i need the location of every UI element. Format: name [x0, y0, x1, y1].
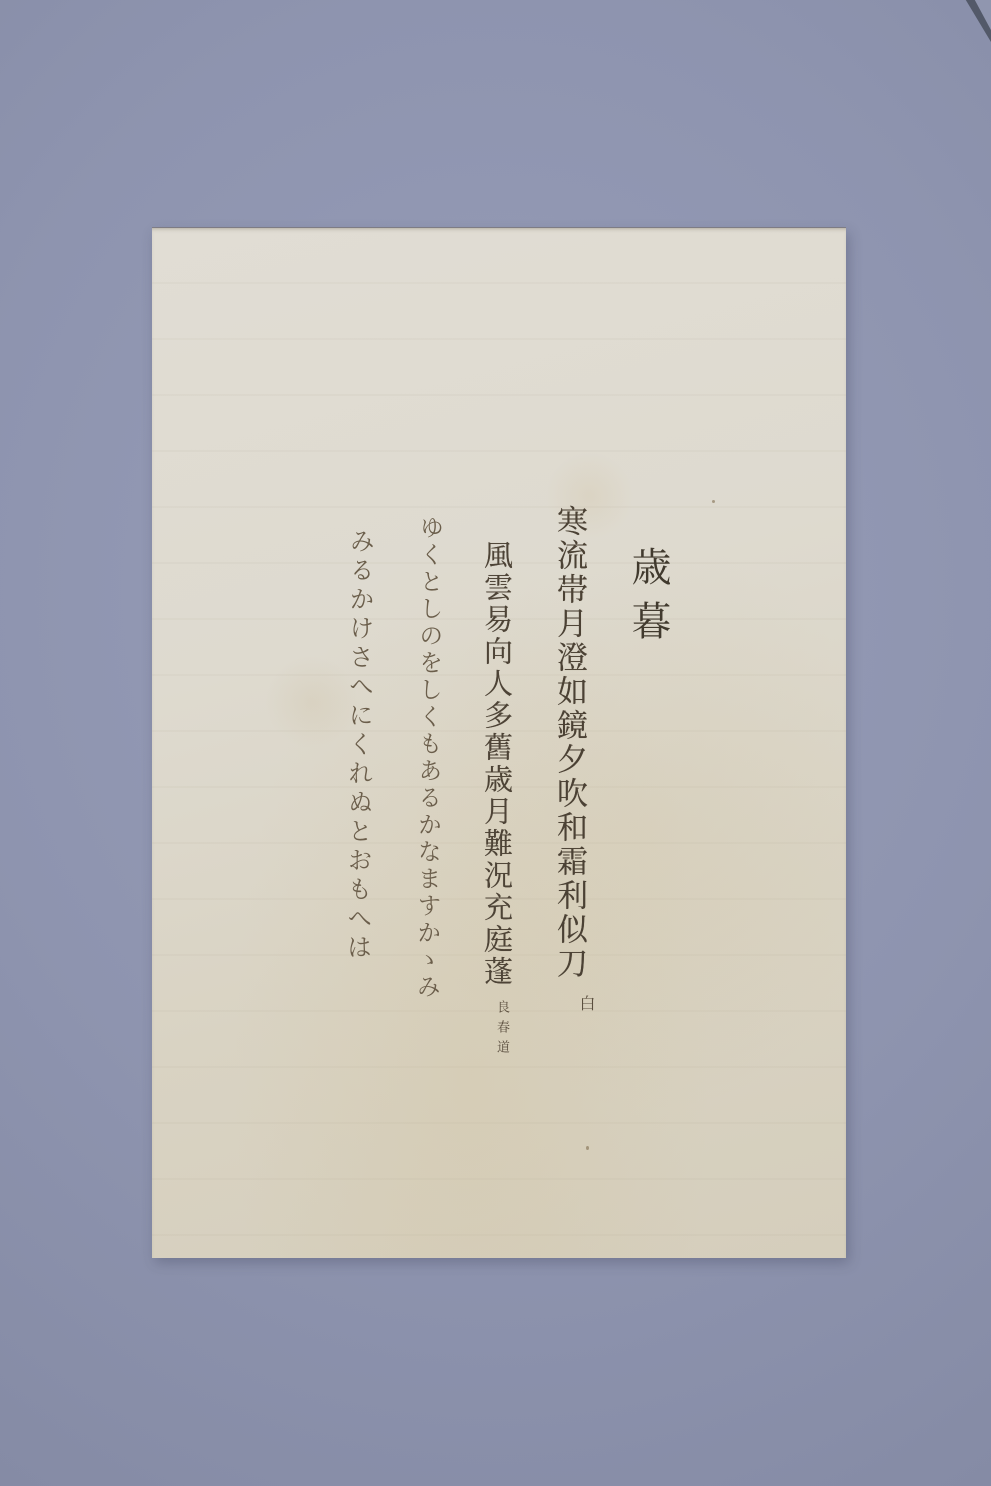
corner-triangle	[931, 0, 991, 70]
fabric-corner-fold	[931, 0, 991, 70]
kanshi-attribution-1: 白	[578, 995, 594, 1011]
kanshi-attribution-2: 良春道	[495, 1000, 508, 1060]
manuscript-page: 歳暮 寒流帯月澄如鏡夕吹和霜利似刀 白 風雲易向人多舊歳月難況充庭蓬 良春道 ゆ…	[152, 228, 846, 1258]
photograph-of-manuscript: 歳暮 寒流帯月澄如鏡夕吹和霜利似刀 白 風雲易向人多舊歳月難況充庭蓬 良春道 ゆ…	[0, 0, 991, 1486]
paper-speck	[586, 1146, 589, 1150]
kanshi-line-2: 風雲易向人多舊歳月難況充庭蓬	[482, 540, 511, 988]
kanshi-line-1: 寒流帯月澄如鏡夕吹和霜利似刀	[553, 505, 584, 981]
waka-line-2: みるかけさへにくれぬとおもへは	[345, 528, 373, 963]
paper-speck	[712, 500, 715, 503]
poem-section-title: 歳暮	[628, 546, 668, 654]
waka-line-1: ゆくとしのをしくもあるかなますかゝみ	[414, 515, 441, 1001]
